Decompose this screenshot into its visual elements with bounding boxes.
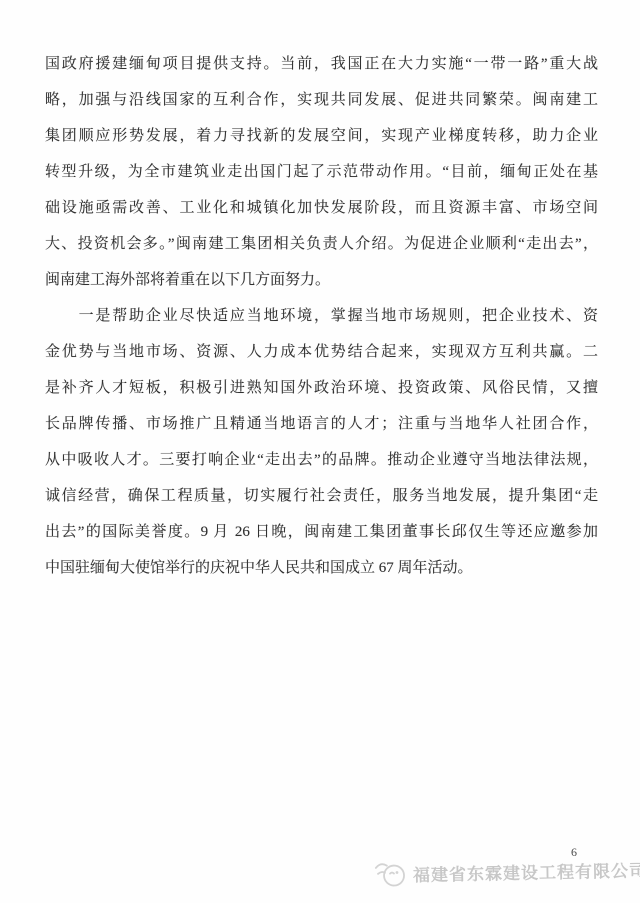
text-line: 出去”的国际美誉度。9 月 26 日晚，闽南建工集团董事长邱仅生等还应邀参加 <box>45 514 598 550</box>
text-line: 础设施亟需改善、工业化和城镇化加快发展阶段，而且资源丰富、市场空间 <box>45 190 598 226</box>
article-body: 国政府援建缅甸项目提供支持。当前，我国正在大力实施“一带一路”重大战 略，加强与… <box>45 46 598 586</box>
company-watermark: 福建省东霖建设工程有限公司 <box>372 852 640 890</box>
text-line: 转型升级，为全市建筑业走出国门起了示范带动作用。“目前，缅甸正处在基 <box>45 154 598 190</box>
text-line: 闽南建工海外部将着重在以下几方面努力。 <box>45 262 598 298</box>
text-line: 一是帮助企业尽快适应当地环境，掌握当地市场规则，把企业技术、资 <box>45 298 598 334</box>
text-line: 从中吸收人才。三要打响企业“走出去”的品牌。推动企业遵守当地法律法规， <box>45 442 598 478</box>
text-line: 国政府援建缅甸项目提供支持。当前，我国正在大力实施“一带一路”重大战 <box>45 46 598 82</box>
text-line: 诚信经营，确保工程质量，切实履行社会责任，服务当地发展，提升集团“走 <box>45 478 598 514</box>
scanned-document-page: 国政府援建缅甸项目提供支持。当前，我国正在大力实施“一带一路”重大战 略，加强与… <box>0 0 640 903</box>
text-line: 集团顺应形势发展，着力寻找新的发展空间，实现产业梯度转移，助力企业 <box>45 118 598 154</box>
text-line: 金优势与当地市场、资源、人力成本优势结合起来，实现双方互利共赢。二 <box>45 334 598 370</box>
company-logo-icon <box>372 857 409 890</box>
company-name: 福建省东霖建设工程有限公司 <box>413 856 640 886</box>
text-line: 略，加强与沿线国家的互利合作，实现共同发展、促进共同繁荣。闽南建工 <box>45 82 598 118</box>
text-line: 中国驻缅甸大使馆举行的庆祝中华人民共和国成立 67 周年活动。 <box>45 550 598 586</box>
text-line: 长品牌传播、市场推广且精通当地语言的人才；注重与当地华人社团合作， <box>45 406 598 442</box>
text-line: 大、投资机会多。”闽南建工集团相关负责人介绍。为促进企业顺利“走出去”， <box>45 226 598 262</box>
text-line: 是补齐人才短板，积极引进熟知国外政治环境、投资政策、风俗民情，又擅 <box>45 370 598 406</box>
